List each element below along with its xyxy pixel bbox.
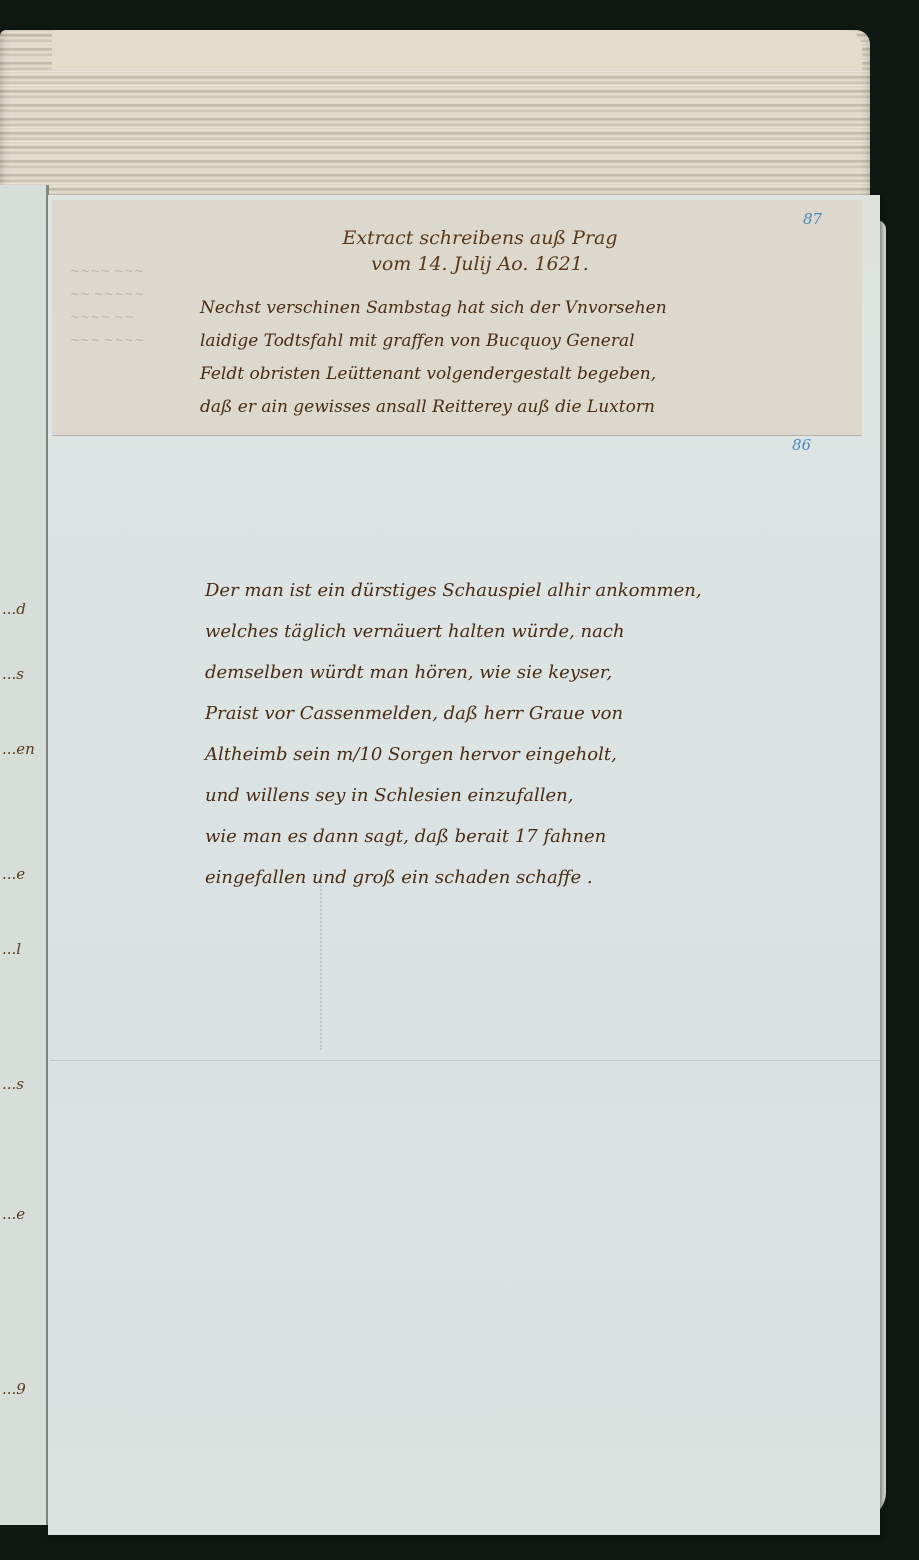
text-line: Nechst verschinen Sambstag hat sich der … (200, 292, 850, 325)
header-paragraph: Nechst verschinen Sambstag hat sich der … (200, 292, 850, 424)
title-line: Extract schreibens auß Prag (260, 225, 700, 251)
fold-line (50, 1060, 880, 1061)
title-line: vom 14. Julij Ao. 1621. (260, 251, 700, 277)
text-line: demselben würdt man hören, wie sie keyse… (205, 652, 825, 693)
text-line: Feldt obristen Leüttenant volgendergesta… (200, 358, 850, 391)
faint-bleed-mark (320, 870, 402, 1050)
left-fragment: ...s (2, 665, 24, 683)
body-paragraph: Der man ist ein dürstiges Schauspiel alh… (205, 570, 825, 898)
left-fragment: ...9 (2, 1380, 26, 1398)
folio-number-86: 86 (792, 436, 811, 454)
text-line: welches täglich vernäuert halten würde, … (205, 611, 825, 652)
left-fragment: ...s (2, 1075, 24, 1093)
bleed-through-text: ~~~~ ~~~~~ ~~~~~~~~~ ~~~~~ ~~~~ (70, 260, 170, 352)
text-line: wie man es dann sagt, daß berait 17 fahn… (205, 816, 825, 857)
left-page-fragment: ...d ...s ...en ...e ...l ...s ...e ...9 (0, 185, 49, 1525)
text-line: Der man ist ein dürstiges Schauspiel alh… (205, 570, 825, 611)
text-line: Praist vor Cassenmelden, daß herr Graue … (205, 693, 825, 734)
top-leaf (52, 30, 862, 70)
text-line: daß er ain gewisses ansall Reitterey auß… (200, 391, 850, 424)
left-fragment: ...l (2, 940, 21, 958)
text-line: laidige Todtsfahl mit graffen von Bucquo… (200, 325, 850, 358)
left-fragment: ...e (2, 865, 25, 883)
left-fragment: ...e (2, 1205, 25, 1223)
left-fragment: ...d (2, 600, 26, 618)
text-line: eingefallen und groß ein schaden schaffe… (205, 857, 825, 898)
text-line: und willens sey in Schlesien einzufallen… (205, 775, 825, 816)
folio-number-87: 87 (803, 210, 822, 228)
text-line: Altheimb sein m/10 Sorgen hervor eingeho… (205, 734, 825, 775)
extract-title: Extract schreibens auß Prag vom 14. Juli… (260, 225, 700, 277)
left-fragment: ...en (2, 740, 35, 758)
